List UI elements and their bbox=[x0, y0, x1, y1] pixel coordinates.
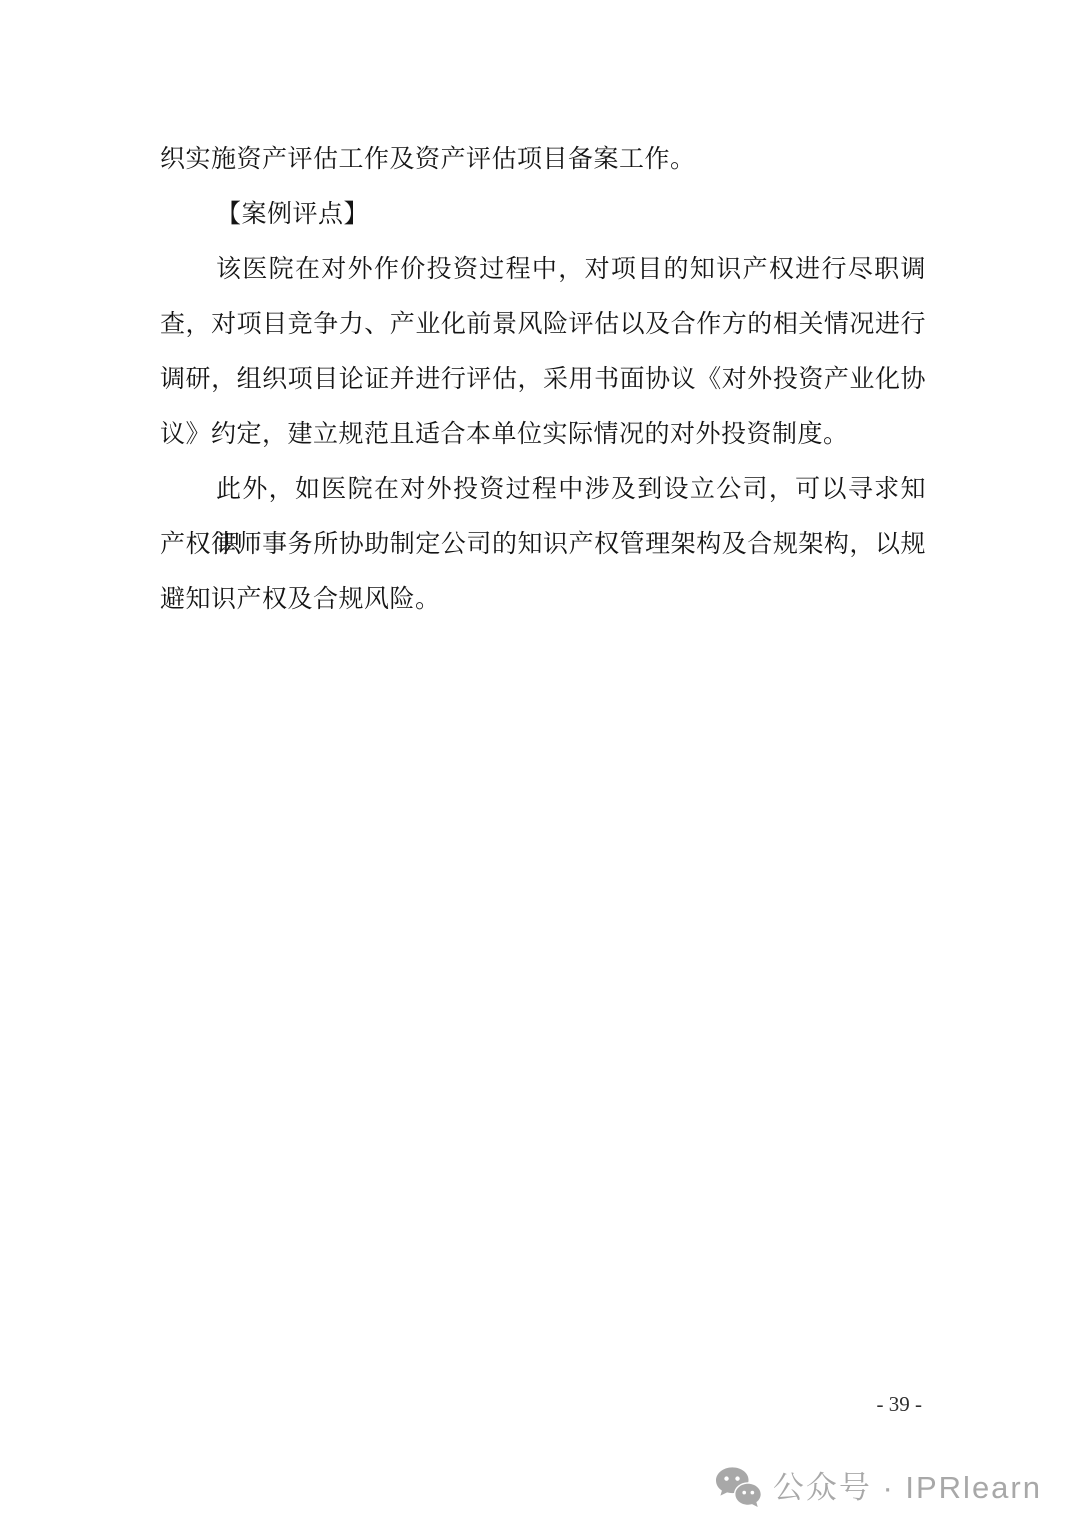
text-line: 该医院在对外作价投资过程中，对项目的知识产权进行尽职调 bbox=[160, 242, 926, 297]
text-line: 此外，如医院在对外投资过程中涉及到设立公司，可以寻求知识 bbox=[160, 462, 926, 517]
text-line: 调研，组织项目论证并进行评估，采用书面协议《对外投资产业化协 bbox=[160, 352, 926, 407]
text-line: 产权律师事务所协助制定公司的知识产权管理架构及合规架构，以规 bbox=[160, 517, 926, 572]
page-number: - 39 - bbox=[877, 1390, 923, 1418]
text-line: 避知识产权及合规风险。 bbox=[160, 572, 926, 627]
text-line: 织实施资产评估工作及资产评估项目备案工作。 bbox=[160, 132, 926, 187]
text-line: 议》约定，建立规范且适合本单位实际情况的对外投资制度。 bbox=[160, 407, 926, 462]
wechat-watermark: 公众号 · IPRlearn bbox=[715, 1466, 1042, 1510]
wechat-icon bbox=[715, 1466, 761, 1510]
text-line: 查，对项目竞争力、产业化前景风险评估以及合作方的相关情况进行 bbox=[160, 297, 926, 352]
document-text-block: 织实施资产评估工作及资产评估项目备案工作。 【案例评点】 该医院在对外作价投资过… bbox=[160, 132, 926, 627]
document-page: 织实施资产评估工作及资产评估项目备案工作。 【案例评点】 该医院在对外作价投资过… bbox=[0, 0, 1080, 1527]
wechat-account-label: 公众号 · IPRlearn bbox=[773, 1466, 1042, 1510]
section-heading-line: 【案例评点】 bbox=[160, 187, 926, 242]
